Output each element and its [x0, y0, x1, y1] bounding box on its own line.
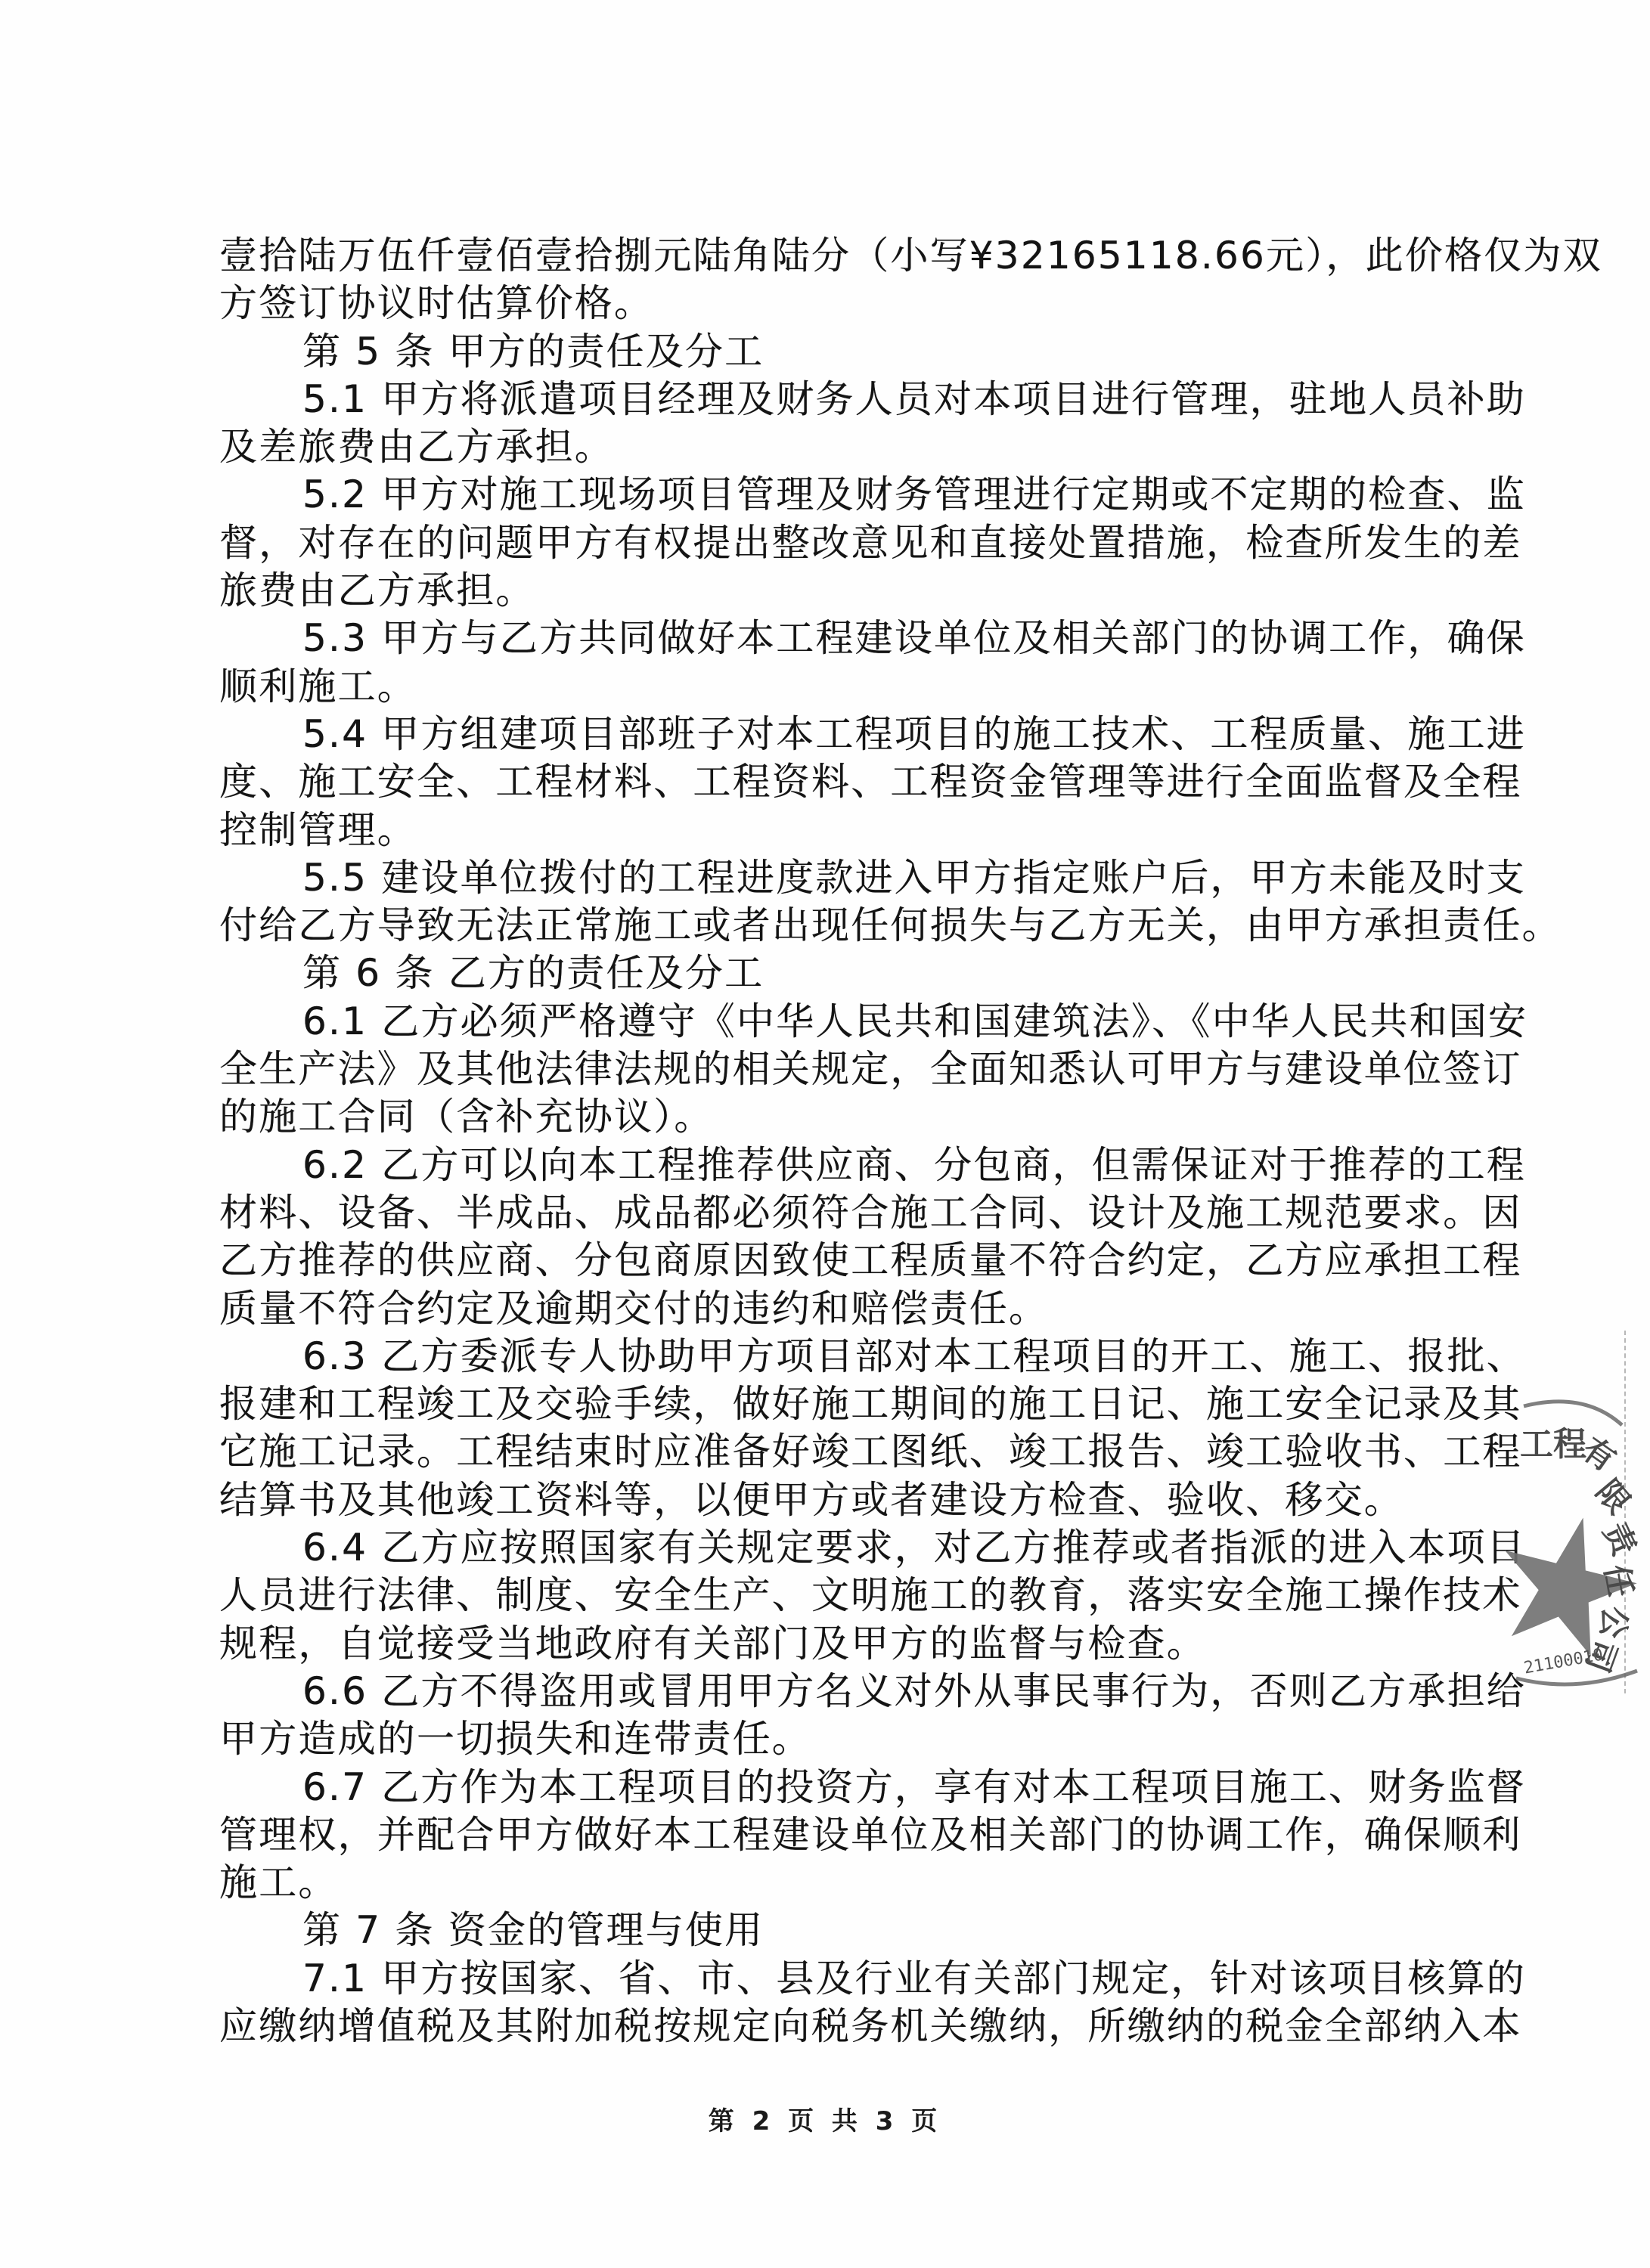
page-number-footer: 第 2 页 共 3 页: [0, 2100, 1650, 2137]
svg-text:限: 限: [1589, 1473, 1638, 1521]
text-line: 人员进行法律、制度、安全生产、文明施工的教育，落实安全施工操作技术: [219, 1572, 1475, 1619]
text-line: 结算书及其他竣工资料等，以便甲方或者建设方检查、验收、移交。: [219, 1476, 1475, 1524]
text-line: 6.2 乙方可以向本工程推荐供应商、分包商，但需保证对于推荐的工程: [219, 1142, 1475, 1189]
text-line: 乙方推荐的供应商、分包商原因致使工程质量不符合约定，乙方应承担工程: [219, 1237, 1475, 1284]
text-line: 6.7 乙方作为本工程项目的投资方，享有对本工程项目施工、财务监督: [219, 1764, 1475, 1811]
contract-body: 壹拾陆万伍仟壹佰壹拾捌元陆角陆分（小写¥32165118.66元），此价格仅为双…: [219, 232, 1475, 2050]
text-line: 规程，自觉接受当地政府有关部门及甲方的监督与检查。: [219, 1620, 1475, 1668]
text-line: 5.3 甲方与乙方共同做好本工程建设单位及相关部门的协调工作，确保: [219, 615, 1475, 662]
text-line: 7.1 甲方按国家、省、市、县及行业有关部门规定，针对该项目核算的: [219, 1955, 1475, 2003]
text-line: 应缴纳增值税及其附加税按规定向税务机关缴纳，所缴纳的税金全部纳入本: [219, 2003, 1475, 2050]
text-line: 材料、设备、半成品、成品都必须符合施工合同、设计及施工规范要求。因: [219, 1189, 1475, 1237]
text-line: 度、施工安全、工程材料、工程资料、工程资金管理等进行全面监督及全程: [219, 758, 1475, 806]
seal-number: 21100010: [1522, 1645, 1605, 1678]
text-line: 报建和工程竣工及交验手续，做好施工期间的施工日记、施工安全记录及其: [219, 1380, 1475, 1428]
text-line: 第 7 条 资金的管理与使用: [219, 1907, 1475, 1954]
company-seal-stamp: 工程 有 限 责 任 公 司 21100010: [1493, 1361, 1650, 1709]
text-line: 壹拾陆万伍仟壹佰壹拾捌元陆角陆分（小写¥32165118.66元），此价格仅为双: [219, 232, 1475, 280]
text-line: 6.6 乙方不得盗用或冒用甲方名义对外从事民事行为，否则乙方承担给: [219, 1668, 1475, 1715]
text-line: 督，对存在的问题甲方有权提出整改意见和直接处置措施，检查所发生的差: [219, 519, 1475, 567]
text-line: 管理权，并配合甲方做好本工程建设单位及相关部门的协调工作，确保顺利: [219, 1811, 1475, 1859]
text-line: 6.1 乙方必须严格遵守《中华人民共和国建筑法》、《中华人民共和国安: [219, 998, 1475, 1046]
text-line: 5.5 建设单位拨付的工程进度款进入甲方指定账户后，甲方未能及时支: [219, 854, 1475, 902]
text-line: 6.3 乙方委派专人协助甲方项目部对本工程项目的开工、施工、报批、: [219, 1333, 1475, 1380]
text-line: 顺利施工。: [219, 663, 1475, 711]
text-line: 及差旅费由乙方承担。: [219, 423, 1475, 471]
text-line: 的施工合同（含补充协议）。: [219, 1093, 1475, 1141]
text-line: 控制管理。: [219, 807, 1475, 854]
text-line: 全生产法》及其他法律法规的相关规定，全面知悉认可甲方与建设单位签订: [219, 1046, 1475, 1093]
text-line: 施工。: [219, 1859, 1475, 1907]
text-line: 付给乙方导致无法正常施工或者出现任何损失与乙方无关，由甲方承担责任。: [219, 902, 1475, 950]
text-line: 甲方造成的一切损失和连带责任。: [219, 1715, 1475, 1763]
text-line: 第 5 条 甲方的责任及分工: [219, 328, 1475, 376]
text-line: 旅费由乙方承担。: [219, 567, 1475, 615]
text-line: 5.4 甲方组建项目部班子对本工程项目的施工技术、工程质量、施工进: [219, 711, 1475, 758]
text-line: 第 6 条 乙方的责任及分工: [219, 950, 1475, 997]
text-line: 质量不符合约定及逾期交付的违约和赔偿责任。: [219, 1285, 1475, 1333]
svg-text:公: 公: [1594, 1605, 1633, 1640]
text-line: 5.2 甲方对施工现场项目管理及财务管理进行定期或不定期的检查、监: [219, 471, 1475, 519]
document-page: 壹拾陆万伍仟壹佰壹拾捌元陆角陆分（小写¥32165118.66元），此价格仅为双…: [0, 0, 1650, 2268]
svg-text:任: 任: [1598, 1562, 1640, 1600]
text-line: 6.4 乙方应按照国家有关规定要求，对乙方推荐或者指派的进入本项目: [219, 1524, 1475, 1572]
svg-text:责: 责: [1596, 1517, 1644, 1563]
text-line: 方签订协议时估算价格。: [219, 280, 1475, 327]
text-line: 5.1 甲方将派遣项目经理及财务人员对本项目进行管理，驻地人员补助: [219, 376, 1475, 423]
text-line: 它施工记录。工程结束时应准备好竣工图纸、竣工报告、竣工验收书、工程: [219, 1428, 1475, 1476]
